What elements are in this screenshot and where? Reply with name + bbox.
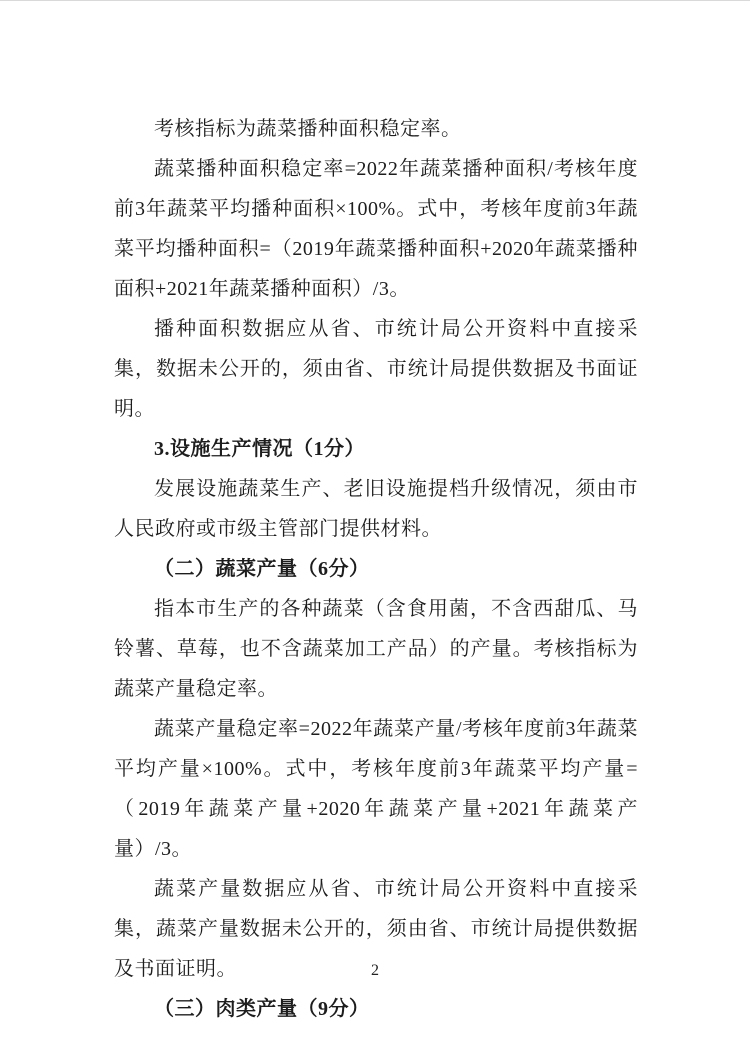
paragraph: 考核指标为蔬菜播种面积稳定率。 [114, 109, 638, 149]
paragraph: 发展设施蔬菜生产、老旧设施提档升级情况，须由市人民政府或市级主管部门提供材料。 [114, 469, 638, 549]
page-number: 2 [0, 960, 750, 982]
document-body: 考核指标为蔬菜播种面积稳定率。蔬菜播种面积稳定率=2022年蔬菜播种面积/考核年… [114, 109, 638, 1029]
section-heading: （二）蔬菜产量（6分） [114, 549, 638, 589]
paragraph: 蔬菜产量稳定率=2022年蔬菜产量/考核年度前3年蔬菜平均产量×100%。式中，… [114, 709, 638, 869]
paragraph: 播种面积数据应从省、市统计局公开资料中直接采集，数据未公开的，须由省、市统计局提… [114, 309, 638, 429]
paragraph: 指本市生产的各种蔬菜（含食用菌，不含西甜瓜、马铃薯、草莓，也不含蔬菜加工产品）的… [114, 589, 638, 709]
section-heading: （三）肉类产量（9分） [114, 989, 638, 1029]
section-heading: 3.设施生产情况（1分） [114, 429, 638, 469]
paragraph: 蔬菜播种面积稳定率=2022年蔬菜播种面积/考核年度前3年蔬菜平均播种面积×10… [114, 149, 638, 309]
page-top-edge [0, 0, 750, 1]
